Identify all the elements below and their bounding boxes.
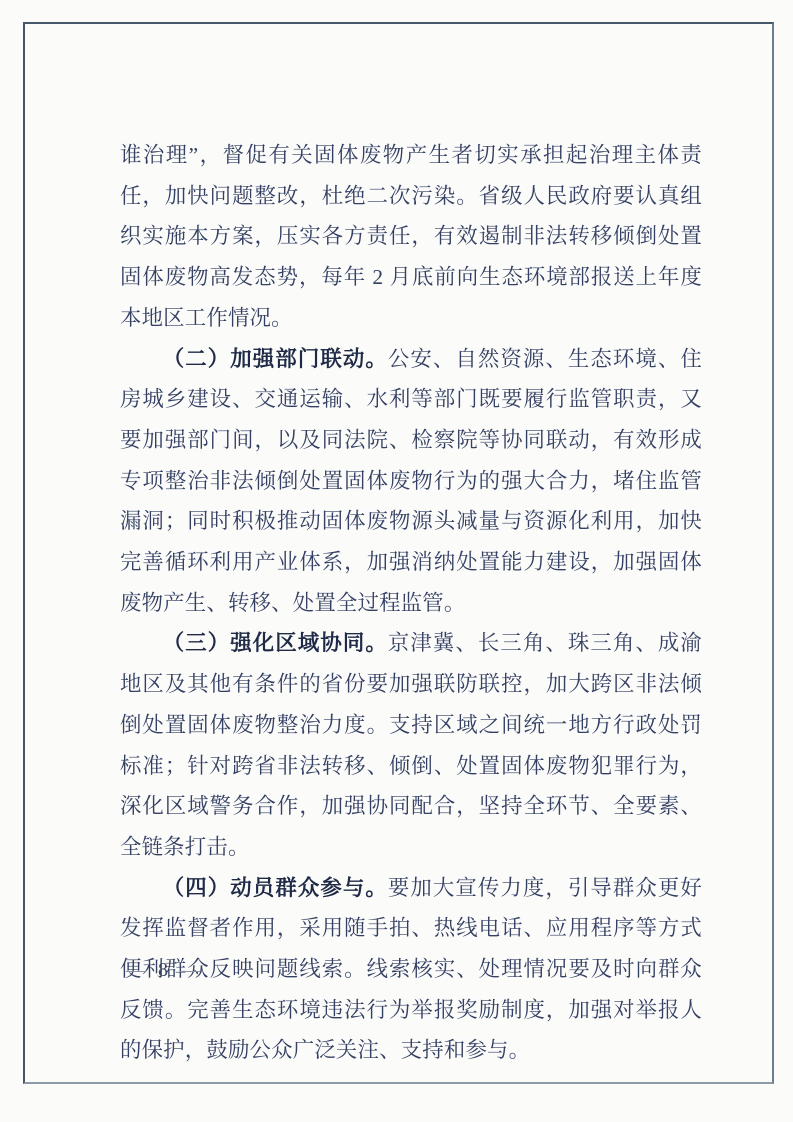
paragraph-text: 京津冀、长三角、珠三角、成渝地区及其他有条件的省份要加强联防联控，加大跨区非法倾…	[120, 631, 702, 859]
paragraph: 谁治理”，督促有关固体废物产生者切实承担起治理主体责任，加快问题整改，杜绝二次污…	[120, 135, 702, 339]
page-number-dash-left: —	[116, 959, 158, 981]
page-number-value: 8	[158, 959, 170, 981]
paragraph-heading: （二）加强部门联动。	[163, 347, 388, 371]
page-number-dash-right: —	[170, 959, 212, 981]
page-number: —8—	[116, 957, 212, 983]
document-body: 谁治理”，督促有关固体废物产生者切实承担起治理主体责任，加快问题整改，杜绝二次污…	[120, 135, 702, 1071]
paragraph-heading: （四）动员群众参与。	[163, 876, 388, 900]
paragraph-text: 谁治理”，督促有关固体废物产生者切实承担起治理主体责任，加快问题整改，杜绝二次污…	[120, 143, 702, 330]
paragraph: （二）加强部门联动。公安、自然资源、生态环境、住房城乡建设、交通运输、水利等部门…	[120, 339, 702, 624]
scanned-document-page: 谁治理”，督促有关固体废物产生者切实承担起治理主体责任，加快问题整改，杜绝二次污…	[0, 0, 793, 1122]
paragraph: （三）强化区域协同。京津冀、长三角、珠三角、成渝地区及其他有条件的省份要加强联防…	[120, 623, 702, 867]
paragraph-heading: （三）强化区域协同。	[163, 631, 388, 655]
paragraph-text: 公安、自然资源、生态环境、住房城乡建设、交通运输、水利等部门既要履行监管职责，又…	[120, 347, 702, 615]
